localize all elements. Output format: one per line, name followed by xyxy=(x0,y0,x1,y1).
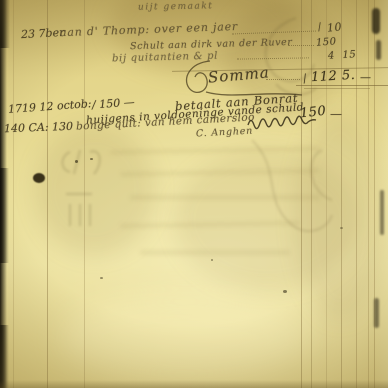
ruled-line-vertical xyxy=(326,0,327,388)
ruled-line-vertical xyxy=(368,0,369,388)
ledger-page-scan: uijt gemaakt 23 7ber aan d' Thomp: over … xyxy=(0,0,388,388)
total-rule-bottom2 xyxy=(304,88,370,89)
ink-speck xyxy=(340,227,343,229)
ink-speck xyxy=(90,158,93,160)
show-through-line xyxy=(140,250,290,255)
entry6-reference: 140 CA: 130 xyxy=(4,120,73,135)
ink-speck xyxy=(211,259,213,261)
page-heading: uijt gemaakt xyxy=(138,1,214,12)
somma-amount: 112 5. xyxy=(311,68,356,85)
ink-speck xyxy=(75,160,78,163)
ink-blot xyxy=(33,173,45,183)
dotted-leader xyxy=(266,78,300,80)
entry3-amount: 4 15 xyxy=(328,49,357,61)
entry1-amount: 10 xyxy=(326,20,342,34)
ruled-line-vertical xyxy=(84,0,85,388)
somma-dash: — xyxy=(360,71,371,84)
total-rule-bottom xyxy=(296,85,388,86)
entry6-dash: — xyxy=(330,107,342,121)
show-through-marks xyxy=(56,146,120,238)
entry6-amount: 150 xyxy=(299,104,327,122)
show-through-line xyxy=(130,195,320,200)
ink-speck xyxy=(100,277,103,279)
ruled-line-vertical xyxy=(374,0,375,388)
ruled-line-vertical xyxy=(13,0,14,388)
entry1-date: 23 7ber xyxy=(21,26,65,41)
ruled-line-vertical xyxy=(47,0,48,388)
page-right-edge-highlight xyxy=(374,0,388,388)
ruled-line-vertical xyxy=(311,0,312,388)
entry2-amount: 150 xyxy=(316,36,337,48)
ink-speck xyxy=(283,290,287,293)
